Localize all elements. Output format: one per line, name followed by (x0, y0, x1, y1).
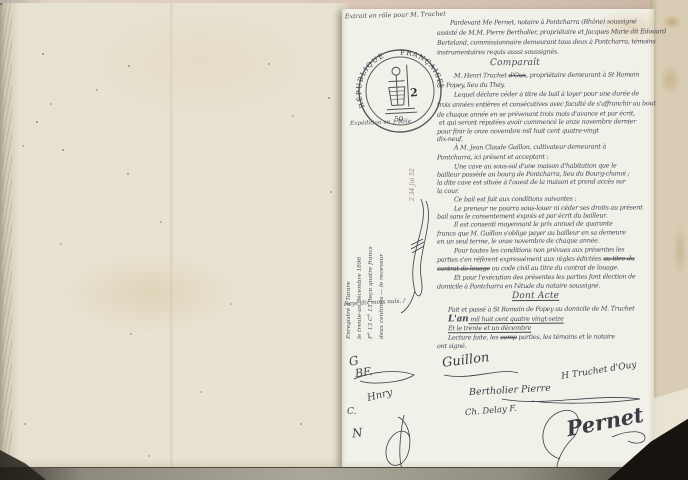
registration-annotation: Enregistré à Tarare le trente-un décembr… (344, 229, 392, 339)
manuscript-line: Berteland, commissionnaire demeurant tou… (437, 38, 656, 46)
manuscript-line: M. Henri Truchet d'Oux, propriétaire dem… (454, 71, 639, 79)
manuscript-line: Il est consenti moyennant le prix annuel… (454, 220, 613, 228)
stamp-text-republique: RÉPUBLIQUE (352, 51, 388, 109)
paraph-bf-swirl (352, 369, 418, 387)
manuscript-line: Lequel déclare céder à titre de bail à l… (454, 90, 639, 98)
manuscript-line: ont signé. (437, 343, 466, 350)
manuscript-line: trois années entières et consécutives av… (437, 100, 656, 108)
manuscript-line: Dont Acte (512, 292, 559, 301)
manuscript-line: Lecture faite, les comp parties, les tém… (448, 333, 615, 341)
manuscript-line: Et le trente et un décembre (448, 325, 531, 332)
manuscript-line: Pardevant Me Pernet, notaire à Pontcharr… (450, 18, 637, 26)
signature-truchet: H Truchet d'Ouy (561, 360, 638, 382)
manuscript-line: pour finir le onze novembre mil huit cen… (437, 127, 599, 135)
page-edge-lines (2, 3, 12, 468)
extract-annotation: Extrait en rôle pour M. Truchet (345, 12, 446, 21)
book-bottom-edge (0, 467, 688, 480)
manuscript-line: Ce bail est fait aux conditions suivante… (454, 196, 576, 203)
manuscript-line: Comparaît (490, 59, 540, 68)
manuscript-line: en un seul terme, le onze novembre de ch… (437, 237, 599, 245)
paraph-oval (378, 413, 418, 471)
stamp-value: 2 (410, 86, 418, 99)
manuscript-line: Fait et passé à St Romain de Popey au do… (448, 305, 634, 313)
manuscript-line: et qui seront réputées avoir commencé le… (439, 118, 636, 126)
manuscript-line: Pour toutes les conditions non prévues a… (454, 246, 624, 254)
manuscript-line: la cour. (437, 188, 459, 195)
manuscript-line: contrat de louage ou code civil au titre… (437, 264, 619, 272)
manuscript-line: domicile à Pontcharra en l'étude du nota… (437, 282, 600, 290)
registration-line: deux centimes — le receveur (377, 229, 388, 339)
manuscript-line: instrumentaires requis aussi soussignés. (437, 49, 559, 56)
manuscript-line: assisté de M.M. Pierre Bertholier, propr… (437, 28, 666, 36)
manuscript-page: RÉPUBLIQUE FRANÇAISE 2 50 Extrait en rôl… (342, 9, 654, 468)
manuscript-line: dix-neuf. (437, 136, 463, 143)
signature-delay: Ch. Delay F. (465, 404, 517, 418)
registration-line: Enregistré à Tarare (344, 229, 355, 339)
margin-paraph (391, 195, 435, 315)
blank-left-page (0, 3, 348, 468)
manuscript-line: Pontcharra, ici présent et acceptant : (437, 154, 548, 161)
manuscript-line: Et pour l'exécution des présentes les pa… (454, 273, 636, 281)
manuscript-line: la dite cave est située à l'ouest de la … (437, 178, 626, 186)
paper-speckles (0, 3, 2, 5)
paraph-initial-h: Hnry (366, 387, 393, 404)
registration-line: le trente-un décembre 1896 (355, 229, 366, 339)
manuscript-line: À M. Jean Claude Guillon, cultivateur de… (454, 143, 606, 150)
manuscript-line: parties s'en réfèrent expressément aux r… (437, 255, 635, 263)
svg-text:RÉPUBLIQUE: RÉPUBLIQUE (352, 51, 388, 109)
registration-line: F° 13 C° 13 Reçu quatre francs (366, 229, 377, 339)
paraph-initial-n: N (351, 425, 363, 440)
manuscript-line: de Popey, lieu du Théy. (437, 82, 505, 89)
signature-guillon-flourish (442, 367, 522, 379)
scanned-notarial-register: RÉPUBLIQUE FRANÇAISE 2 50 Extrait en rôl… (0, 0, 688, 480)
paraph-initial-c: C. (347, 407, 356, 417)
